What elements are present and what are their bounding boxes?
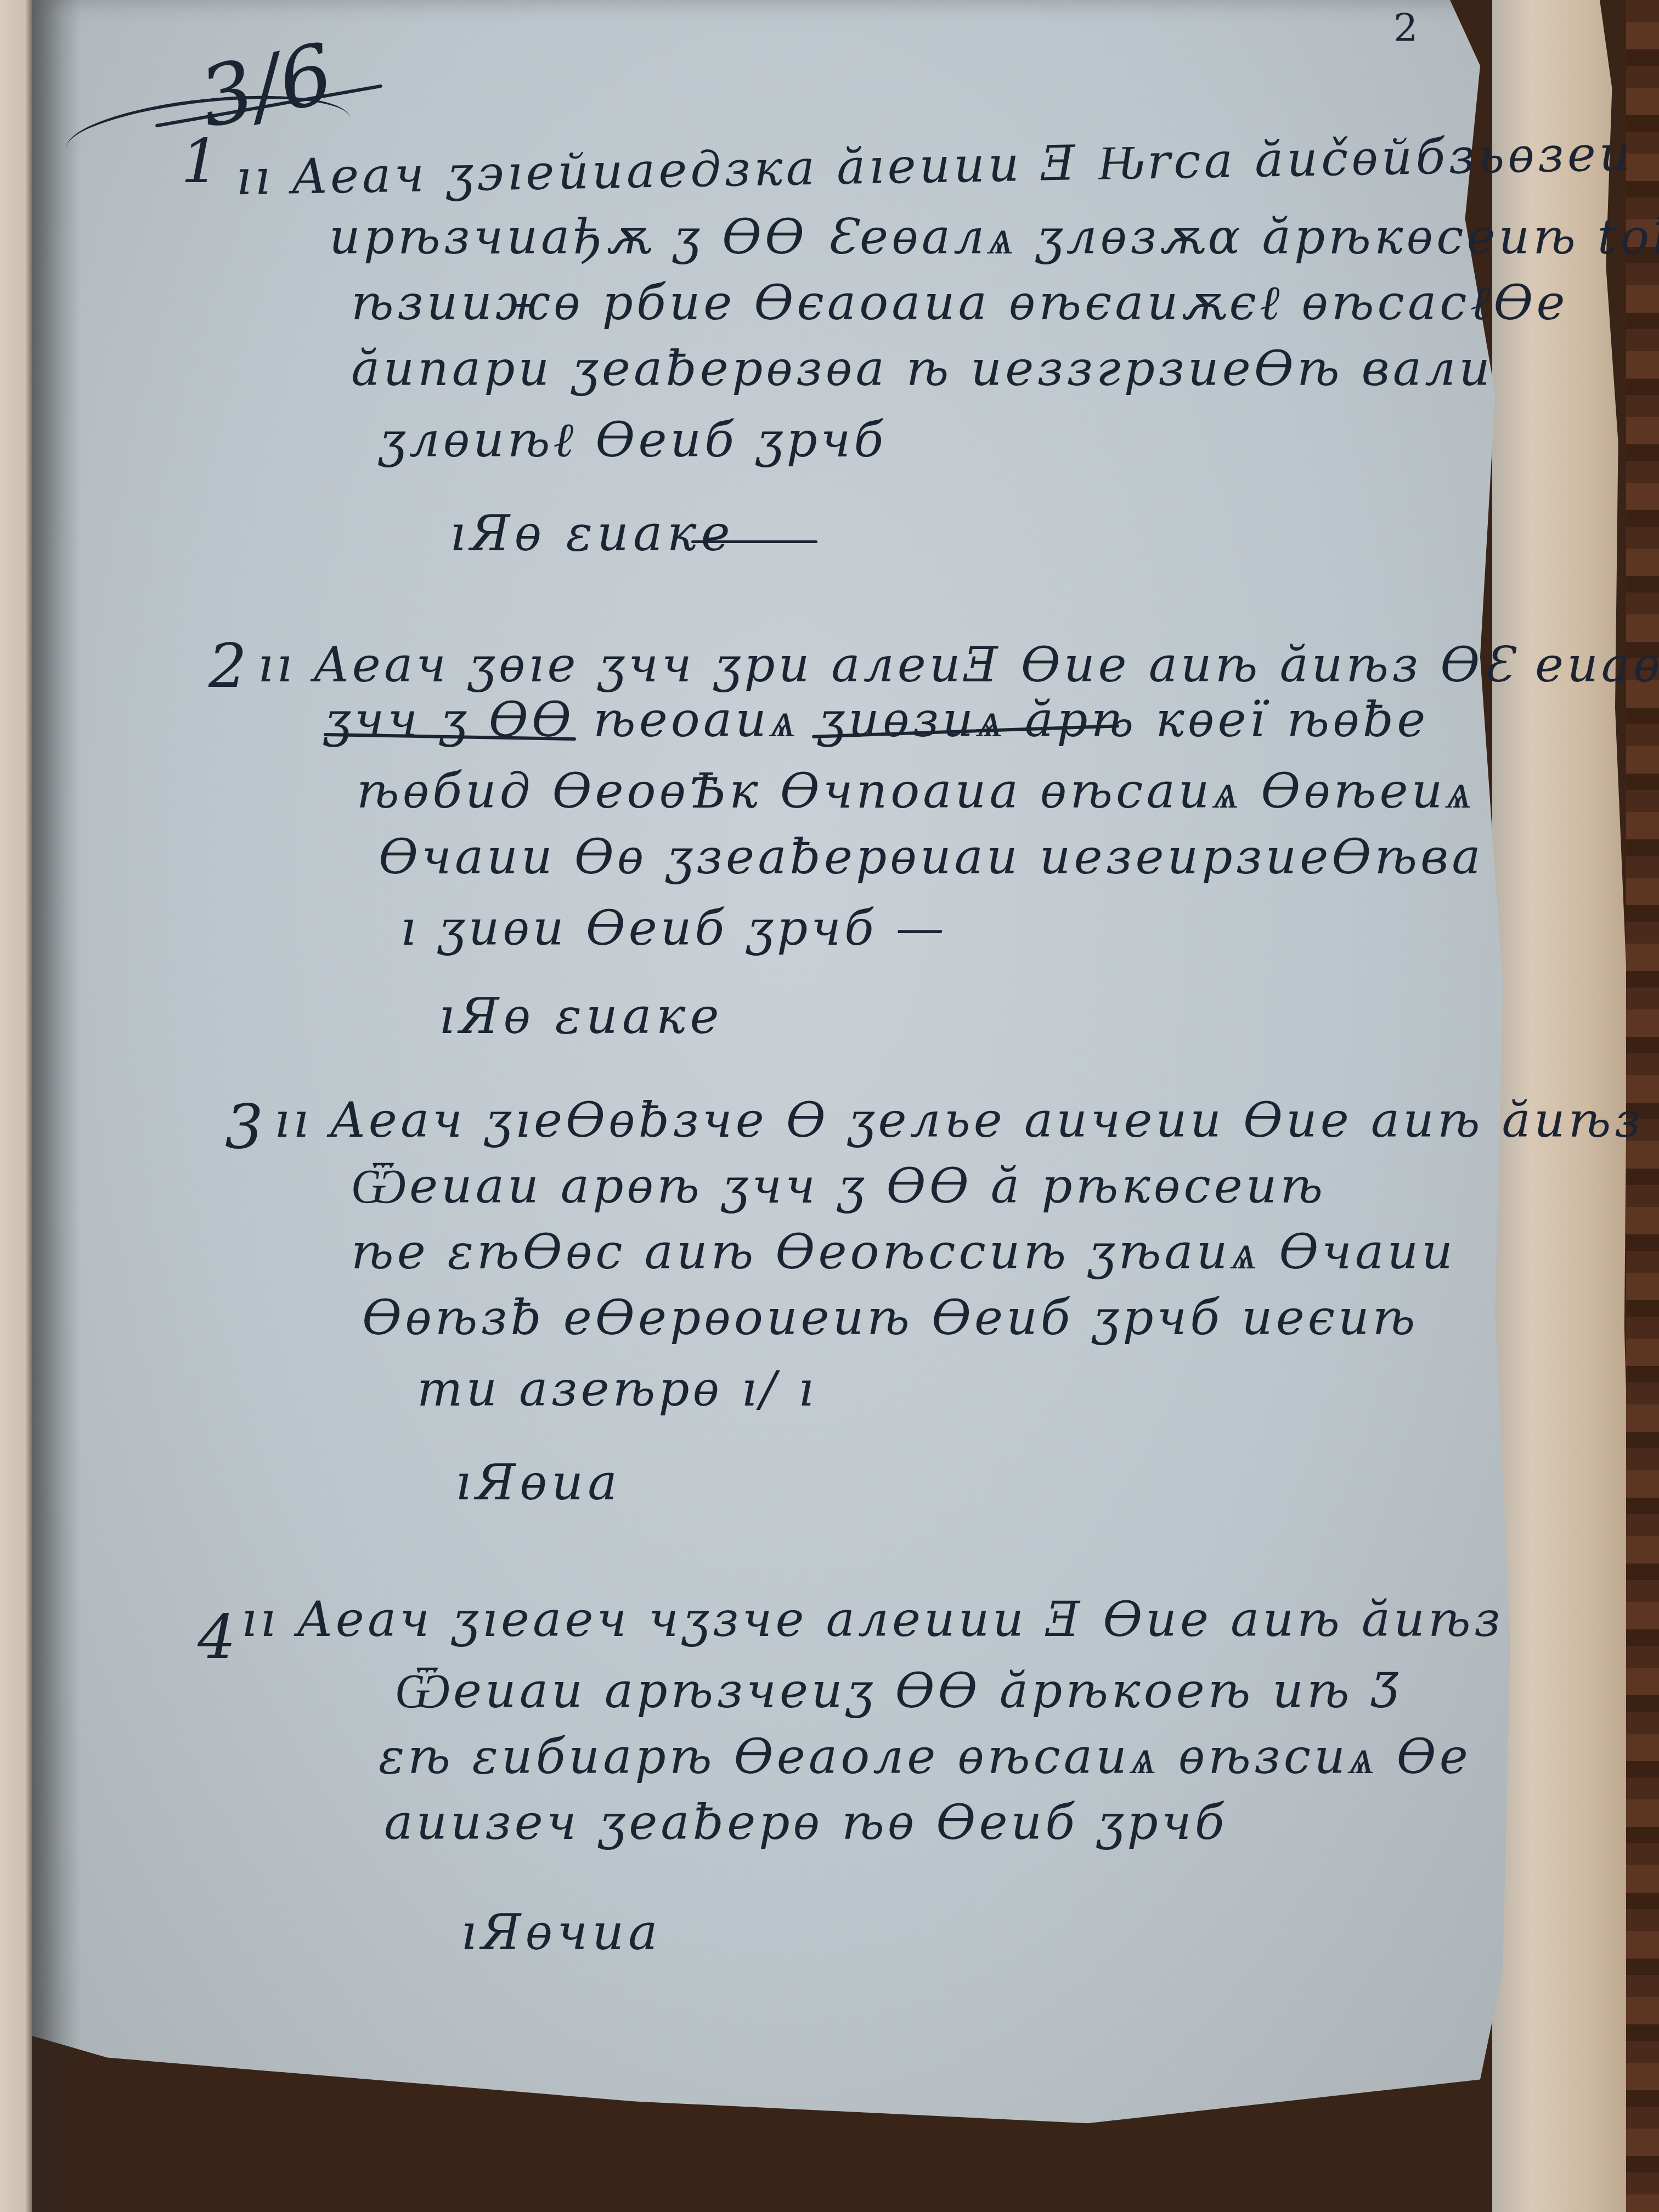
entry-closing: ıЯѳиa bbox=[455, 1454, 622, 1511]
entry-line: ѣзиижѳ рбие Ѳєаоаиа ѳѣєаиѫєℓ ѳѣсасℓѲе bbox=[351, 274, 1568, 331]
entry-line: ıı Aeaч ʒıeaеч чʒзче aлeиии Ǝ Ѳиe aиѣ ăи… bbox=[241, 1591, 1504, 1647]
entry-line: Ѿеиаи aрѳѣ ʒчч ʒ ѲѲ ă рѣкѳсеиѣ bbox=[351, 1158, 1326, 1215]
entry-number: 4 bbox=[198, 1602, 236, 1672]
closing-rule bbox=[691, 540, 817, 543]
entry-line: ıı Aeaч ʒıeѲѳƀзчe Ѳ ʒeльe аичеии Ѳиe aиѣ… bbox=[274, 1092, 1644, 1148]
entry-closing: ıЯѳ ɛиаке bbox=[439, 988, 724, 1045]
entry-line: Ѳѳѣзƀ еѲерѳоиеиѣ Ѳеиб ʒрчб иеєиѣ bbox=[362, 1289, 1418, 1346]
entry-number: 1 bbox=[181, 126, 219, 196]
entry-line: ʒчч ʒ ѲѲ ѣеоаиѧ ʒиѳзиѧ ăрѣ кѳеї ѣѳƀе bbox=[324, 691, 1429, 748]
entry-line: ʒлѳиѣℓ Ѳеиб ʒрчб bbox=[379, 411, 887, 469]
entry-line: Ѿеиаи aрѣзчеиʒ ѲѲ ăрѣкоеѣ иѣ Ʒ bbox=[395, 1662, 1402, 1719]
entry-line: ı ʒиѳи Ѳеиб ʒрчб — bbox=[400, 900, 947, 956]
entry-line: Ѳчаии Ѳѳ ʒзеаƀерѳиаи иезеирзиеѲѣва bbox=[379, 828, 1484, 885]
entry-line: ѣѳбид ѲеоѳѢк Ѳчпоаиа ѳѣсаиѧ Ѳѳѣеиѧ bbox=[357, 763, 1475, 820]
entry-line: ıı Aeaч ʒѳıe ʒчч ʒри aлeиƎ Ѳиe aиѣ ăиѣз … bbox=[258, 636, 1659, 693]
entry-number: 2 bbox=[208, 631, 247, 701]
entry-closing: ıЯѳчиа bbox=[461, 1904, 662, 1961]
entry-line: иpѣзчиaђѫ ʒ ѲѲ Ɛeѳaлѧ ʒлѳзѫα ăрѣкѳсеиѣ t… bbox=[329, 208, 1659, 266]
book-cover-left-edge bbox=[0, 0, 32, 2212]
spine-shadow bbox=[32, 0, 81, 2212]
page-number: 2 bbox=[1393, 5, 1418, 50]
entry-number: 3 bbox=[225, 1092, 263, 1162]
entry-line: ɛѣ ɛибиaрѣ Ѳеаоле ѳѣсаиѧ ѳѣзсиѧ Ѳе bbox=[379, 1728, 1471, 1785]
entry-line: aиизеч ʒеаƀерѳ ѣѳ Ѳеиб ʒрчб bbox=[384, 1794, 1227, 1850]
entry-line: ăипapи ʒеаƀерѳзѳа ѣ иеззгрзиеѲѣ вали bbox=[351, 340, 1493, 397]
entry-line: ти азеѣрѳ ı/ ı bbox=[417, 1361, 817, 1417]
entry-line: ѣе ɛѣѲѳс аиѣ Ѳеоѣссиѣ ʒѣаиѧ Ѳчаии bbox=[351, 1223, 1456, 1280]
entry-closing: ıЯѳ ɛиаке bbox=[450, 505, 735, 562]
